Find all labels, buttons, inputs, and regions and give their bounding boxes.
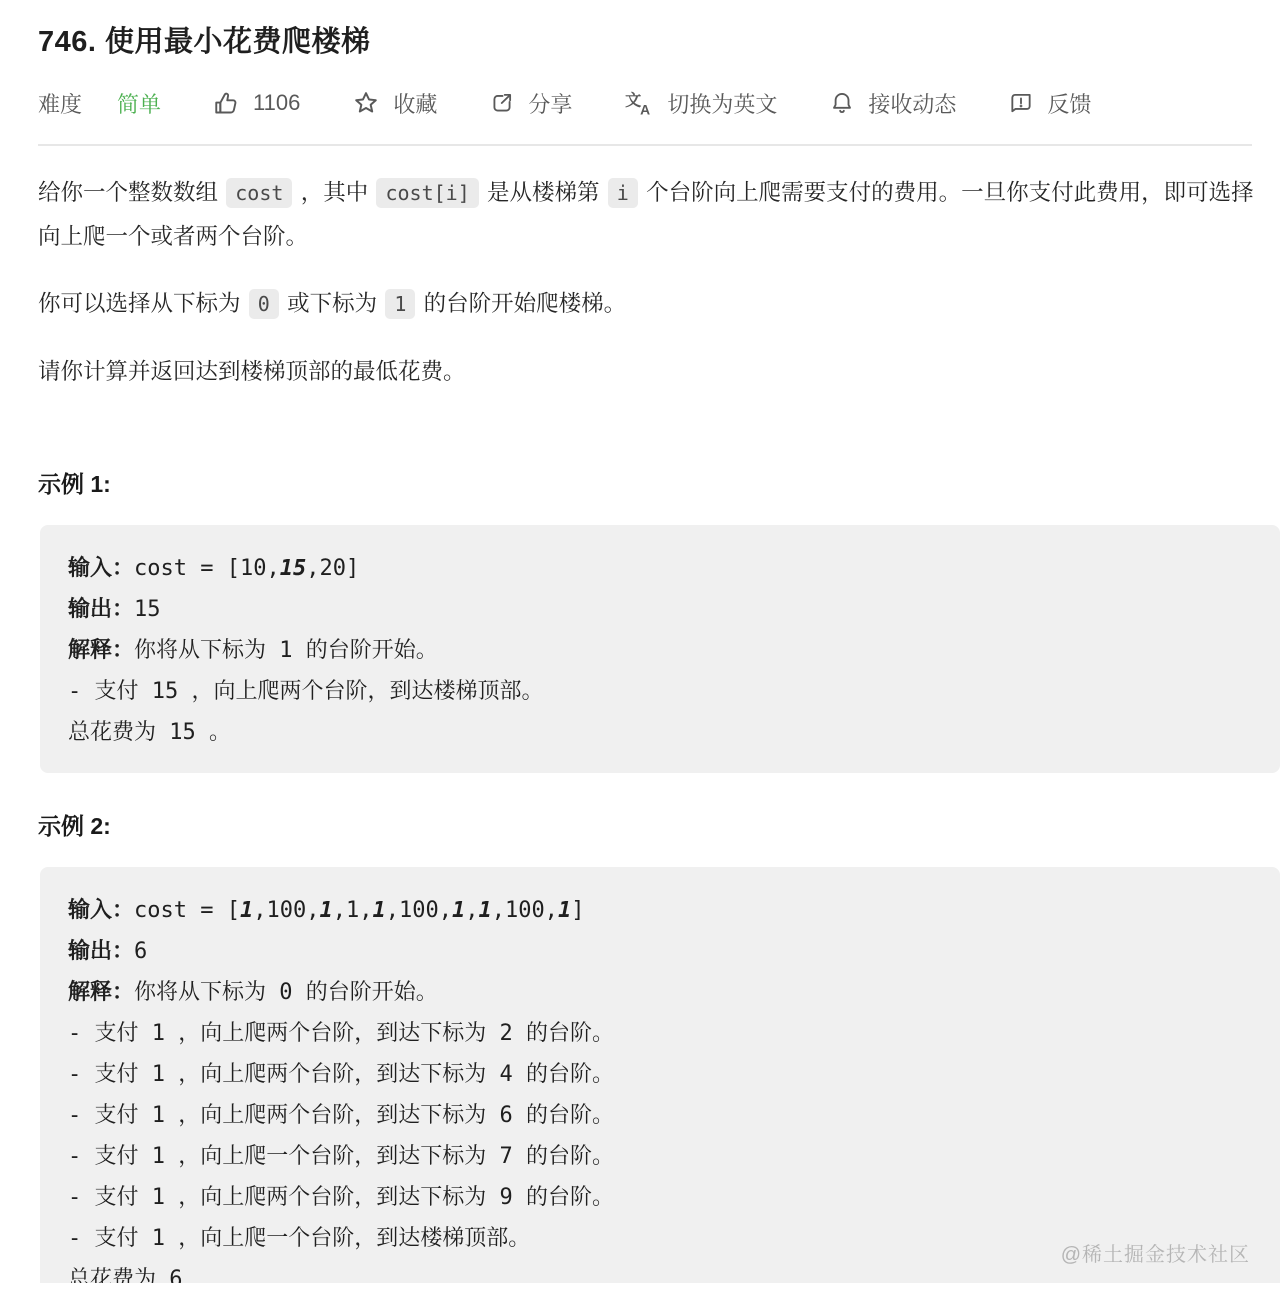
example-code-line: - 支付 1 ，向上爬两个台阶，到达下标为 4 的台阶。 <box>68 1054 1252 1095</box>
example-code-line: - 支付 1 ，向上爬两个台阶，到达下标为 6 的台阶。 <box>68 1095 1252 1136</box>
like-count: 1106 <box>253 90 300 116</box>
subscribe-label: 接收动态 <box>868 88 956 119</box>
feedback-button[interactable]: 反馈 <box>1008 88 1091 119</box>
example-heading: 示例 1: <box>38 469 1260 499</box>
problem-toolbar: 难度 简单 1106 收藏 <box>38 87 1260 119</box>
favorite-label: 收藏 <box>393 88 437 119</box>
example-heading: 示例 2: <box>38 811 1260 841</box>
example-code-block: 输入：cost = [1,100,1,1,1,100,1,1,100,1]输出：… <box>40 867 1280 1294</box>
feedback-icon <box>1008 90 1034 116</box>
inline-code: 1 <box>385 289 415 319</box>
thumbs-up-icon <box>213 90 240 117</box>
examples-section: 示例 1:输入：cost = [10,15,20]输出：15解释：你将从下标为 … <box>38 469 1260 1294</box>
example-code-line: 总花费为 15 。 <box>68 712 1252 753</box>
share-button[interactable]: 分享 <box>489 88 572 119</box>
example-2: 示例 2:输入：cost = [1,100,1,1,1,100,1,1,100,… <box>38 811 1260 1294</box>
translate-button[interactable]: 文 A 切换为英文 <box>624 88 777 119</box>
star-icon <box>352 89 380 117</box>
example-code-line: - 支付 1 ，向上爬两个台阶，到达下标为 9 的台阶。 <box>68 1177 1252 1218</box>
bottom-edge <box>0 1283 1286 1294</box>
example-code-line: 输入：cost = [1,100,1,1,1,100,1,1,100,1] <box>68 890 1252 931</box>
translate-label: 切换为英文 <box>667 88 777 119</box>
share-icon <box>489 90 515 116</box>
difficulty-value: 简单 <box>117 88 161 119</box>
example-code-line: 输出：15 <box>68 589 1252 630</box>
difficulty-group: 难度 <box>38 88 100 119</box>
example-code-line: 解释：你将从下标为 1 的台阶开始。 <box>68 630 1252 671</box>
example-1: 示例 1:输入：cost = [10,15,20]输出：15解释：你将从下标为 … <box>38 469 1260 773</box>
example-code-line: 解释：你将从下标为 0 的台阶开始。 <box>68 972 1252 1013</box>
difficulty-label: 难度 <box>38 88 82 119</box>
description-paragraph: 给你一个整数数组 cost ，其中 cost[i] 是从楼梯第 i 个台阶向上爬… <box>38 171 1260 258</box>
favorite-button[interactable]: 收藏 <box>352 88 437 119</box>
difficulty-badge[interactable]: 简单 <box>117 88 161 119</box>
feedback-label: 反馈 <box>1047 88 1091 119</box>
page-title: 746. 使用最小花费爬楼梯 <box>38 24 1260 60</box>
example-code-line: - 支付 1 ，向上爬两个台阶，到达下标为 2 的台阶。 <box>68 1013 1252 1054</box>
svg-text:A: A <box>641 102 651 117</box>
inline-code: i <box>608 178 638 208</box>
inline-code: cost <box>226 178 292 208</box>
example-code-line: 输入：cost = [10,15,20] <box>68 548 1252 589</box>
inline-code: 0 <box>249 289 279 319</box>
like-button[interactable]: 1106 <box>213 90 300 117</box>
example-code-line: - 支付 1 ，向上爬一个台阶，到达下标为 7 的台阶。 <box>68 1136 1252 1177</box>
example-code-line: 输出：6 <box>68 931 1252 972</box>
watermark: @稀土掘金技术社区 <box>1061 1238 1250 1267</box>
share-label: 分享 <box>528 88 572 119</box>
bell-icon <box>829 90 855 116</box>
header-divider <box>38 144 1252 146</box>
description-paragraph: 请你计算并返回达到楼梯顶部的最低花费。 <box>38 350 1260 393</box>
inline-code: cost[i] <box>376 178 478 208</box>
problem-description: 给你一个整数数组 cost ，其中 cost[i] 是从楼梯第 i 个台阶向上爬… <box>38 171 1260 393</box>
example-code-block: 输入：cost = [10,15,20]输出：15解释：你将从下标为 1 的台阶… <box>40 525 1280 773</box>
problem-page: 746. 使用最小花费爬楼梯 难度 简单 1106 收藏 <box>0 0 1286 1294</box>
example-code-line: - 支付 15 ，向上爬两个台阶，到达楼梯顶部。 <box>68 671 1252 712</box>
subscribe-button[interactable]: 接收动态 <box>829 88 956 119</box>
translate-icon: 文 A <box>624 89 654 117</box>
description-paragraph: 你可以选择从下标为 0 或下标为 1 的台阶开始爬楼梯。 <box>38 282 1260 326</box>
